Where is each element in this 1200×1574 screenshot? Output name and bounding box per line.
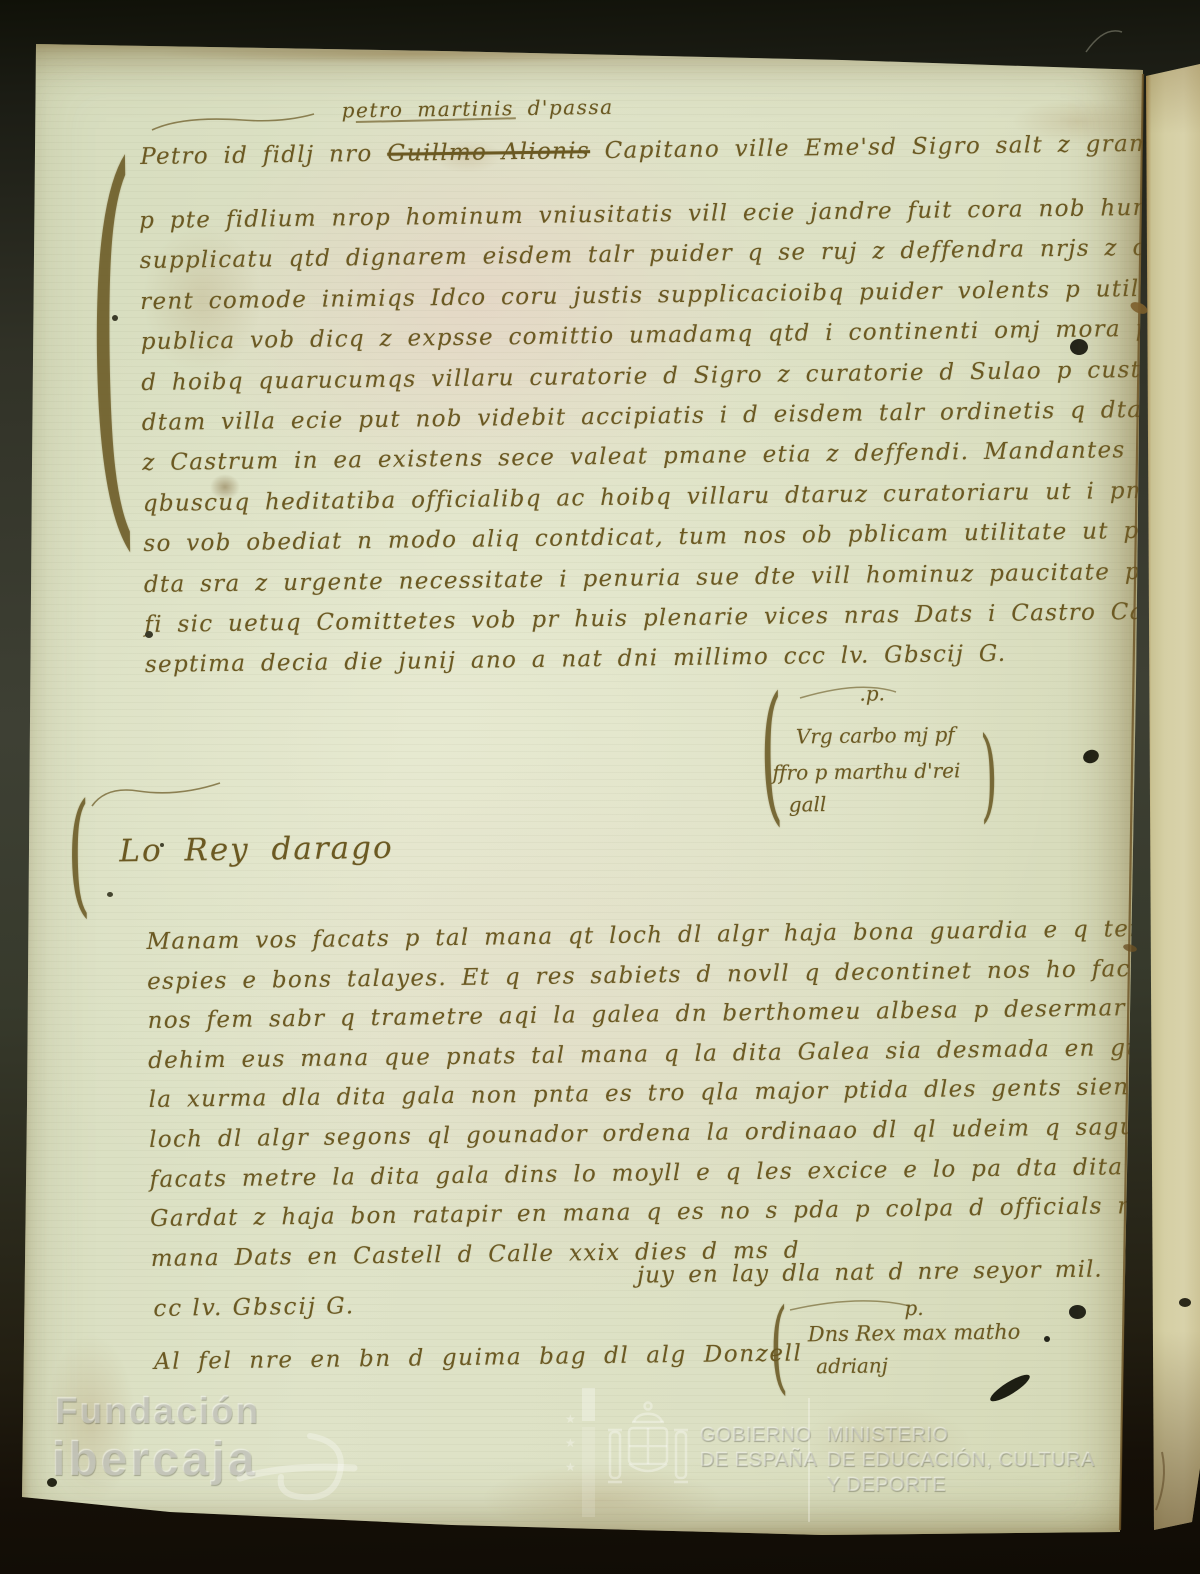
page-edge-vignette [22,44,1144,1536]
adjacent-page-edge [1146,60,1200,1538]
ibercaja-watermark-line2: ibercaja [52,1432,257,1487]
ministerio-watermark-line3: Y DEPORTE [827,1474,946,1497]
star-icon: ★ [565,1412,576,1426]
gobierno-logo-flag-bar [582,1388,595,1421]
ministerio-watermark-line2: DE EDUCACIÓN, CULTURA [827,1449,1095,1472]
star-icon: ★ [565,1460,576,1474]
wormhole [1179,1298,1191,1307]
gobierno-watermark-line2: DE ESPAÑA [700,1449,818,1472]
page-edge-shading [1146,60,1200,1538]
paper-fiber [1086,31,1122,52]
star-icon: ★ [565,1436,576,1450]
spain-coat-of-arms-icon [602,1398,694,1502]
ibercaja-watermark-line1: Fundación [55,1390,260,1432]
ibercaja-logo-icon [232,1424,364,1504]
manuscript-page: ( petro martinis d'passa Petro id fidlj … [22,44,1144,1536]
gobierno-logo-flag-bar [582,1427,595,1517]
gobierno-watermark-line1: GOBIERNO [700,1424,812,1447]
watermark-divider [808,1398,810,1522]
ministerio-watermark-line1: MINISTERIO [827,1424,949,1447]
manuscript-photo: ( petro martinis d'passa Petro id fidlj … [0,0,1200,1574]
